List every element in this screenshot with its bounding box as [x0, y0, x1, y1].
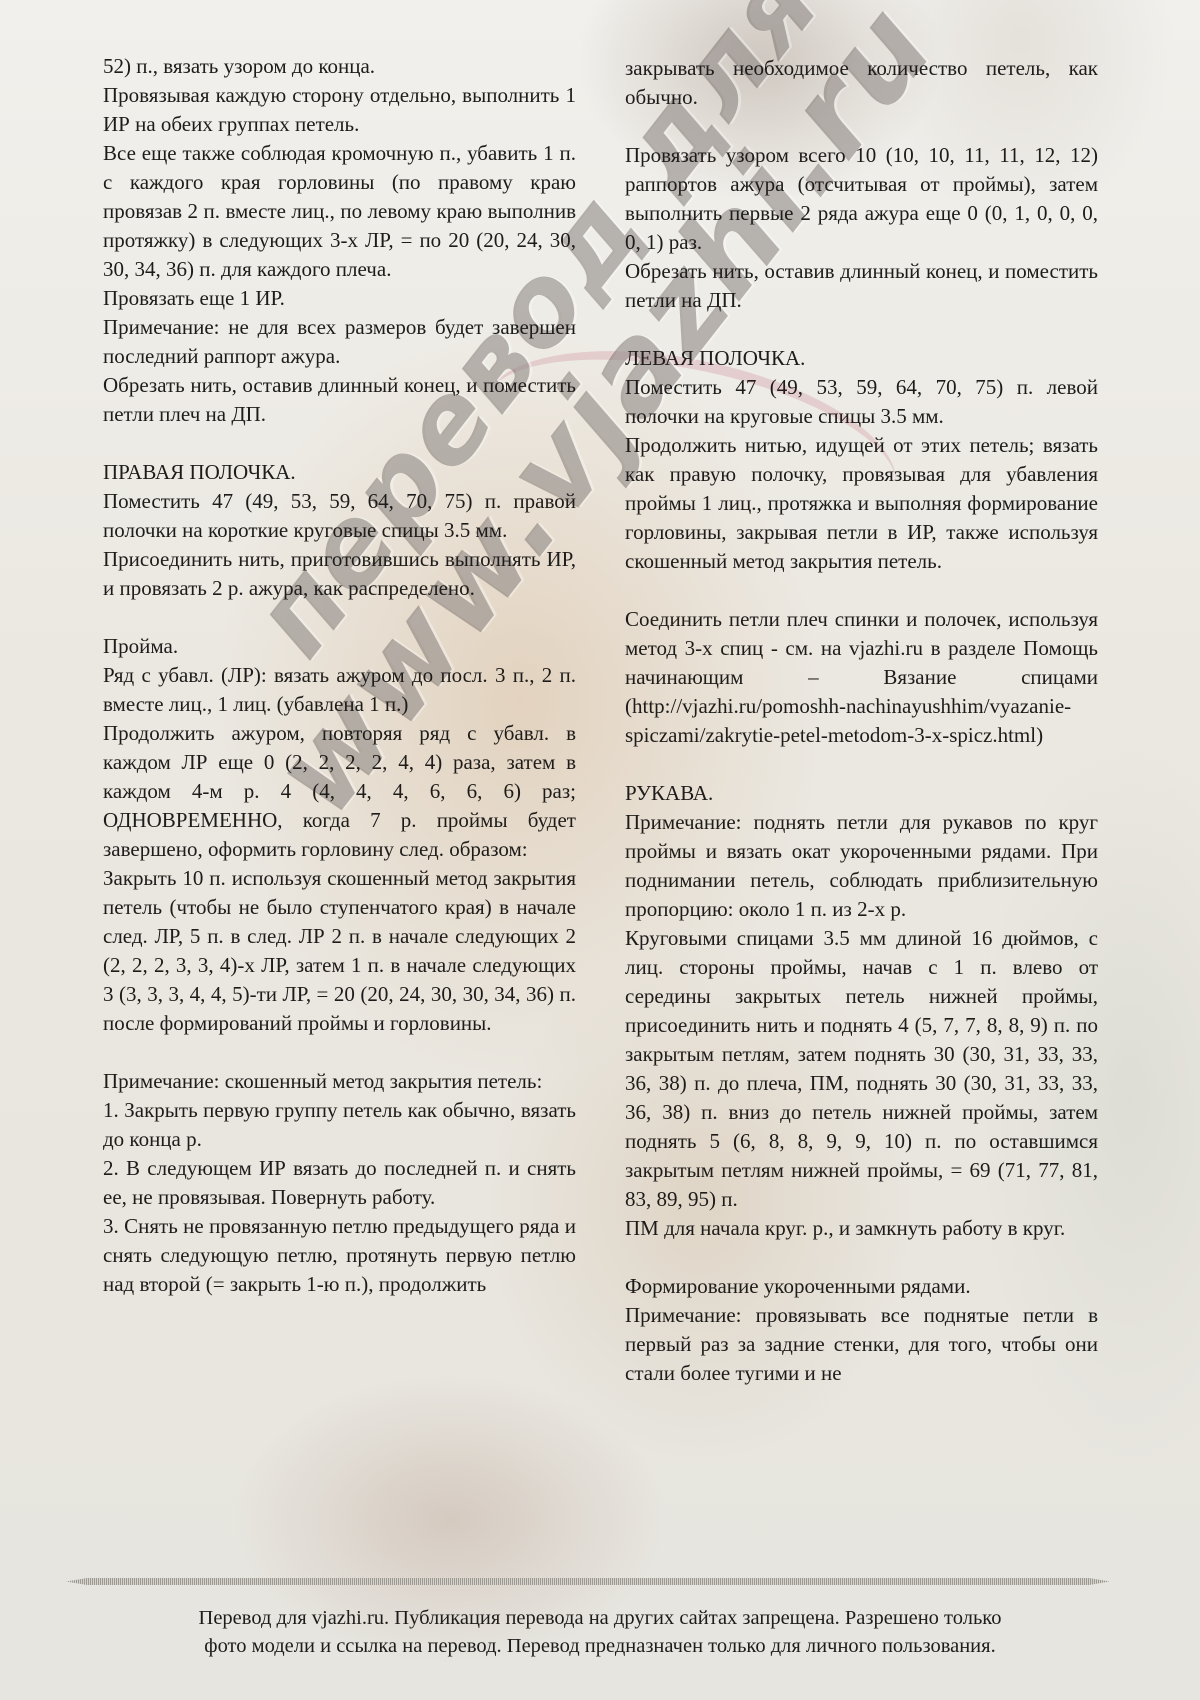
footer-line-1: Перевод для vjazhi.ru. Публикация перево…	[60, 1604, 1140, 1632]
section-heading-sleeves: РУКАВА.	[625, 779, 1098, 808]
paragraph: Закрыть 10 п. используя скошенный метод …	[103, 864, 576, 1038]
paragraph: 52) п., вязать узором до конца.	[103, 52, 576, 81]
section-heading-short-rows: Формирование укороченными рядами.	[625, 1272, 1098, 1301]
join-shoulders-paragraph: Соединить петли плеч спинки и полочек, и…	[625, 605, 1098, 750]
section-heading-armhole: Пройма.	[103, 632, 576, 661]
paragraph: Круговыми спицами 3.5 мм длиной 16 дюймо…	[625, 924, 1098, 1214]
note-step: 2. В следующем ИР вязать до последней п.…	[103, 1154, 576, 1212]
note-step: 1. Закрыть первую группу петель как обыч…	[103, 1096, 576, 1154]
section-heading-right-front: ПРАВАЯ ПОЛОЧКА.	[103, 458, 576, 487]
paragraph: ПМ для начала круг. р., и замкнуть работ…	[625, 1214, 1098, 1243]
footer-notice: Перевод для vjazhi.ru. Публикация перево…	[60, 1604, 1140, 1660]
paragraph: Примечание: провязывать все поднятые пет…	[625, 1301, 1098, 1388]
section-heading-left-front: ЛЕВАЯ ПОЛОЧКА.	[625, 344, 1098, 373]
left-column: 52) п., вязать узором до конца. Провязыв…	[103, 52, 576, 1299]
footer-line-2: фото модели и ссылка на перевод. Перевод…	[60, 1632, 1140, 1660]
paragraph: Ряд с убавл. (ЛР): вязать ажуром до посл…	[103, 661, 576, 719]
paragraph: Примечание: не для всех размеров будет з…	[103, 313, 576, 371]
paragraph: Примечание: поднять петли для рукавов по…	[625, 808, 1098, 924]
note-step: 3. Снять не провязанную петлю предыдущег…	[103, 1212, 576, 1299]
paragraph: Провязывая каждую сторону отдельно, выпо…	[103, 81, 576, 139]
paragraph: Обрезать нить, оставив длинный конец, и …	[625, 257, 1098, 315]
paragraph: Все еще также соблюдая кромочную п., уба…	[103, 139, 576, 284]
paragraph: Продолжить ажуром, повторяя ряд с убавл.…	[103, 719, 576, 864]
paragraph: Продолжить нитью, идущей от этих петель;…	[625, 431, 1098, 576]
paragraph: Провязать еще 1 ИР.	[103, 284, 576, 313]
note-heading: Примечание: скошенный метод закрытия пет…	[103, 1067, 576, 1096]
footer-divider	[66, 1578, 1110, 1585]
paragraph: Присоединить нить, приготовившись выполн…	[103, 545, 576, 603]
paragraph: Провязать узором всего 10 (10, 10, 11, 1…	[625, 141, 1098, 257]
paragraph: Поместить 47 (49, 53, 59, 64, 70, 75) п.…	[103, 487, 576, 545]
right-column: закрывать необходимое количество петель,…	[625, 54, 1098, 1388]
paragraph: Обрезать нить, оставив длинный конец, и …	[103, 371, 576, 429]
paragraph: Поместить 47 (49, 53, 59, 64, 70, 75) п.…	[625, 373, 1098, 431]
paragraph: закрывать необходимое количество петель,…	[625, 54, 1098, 112]
